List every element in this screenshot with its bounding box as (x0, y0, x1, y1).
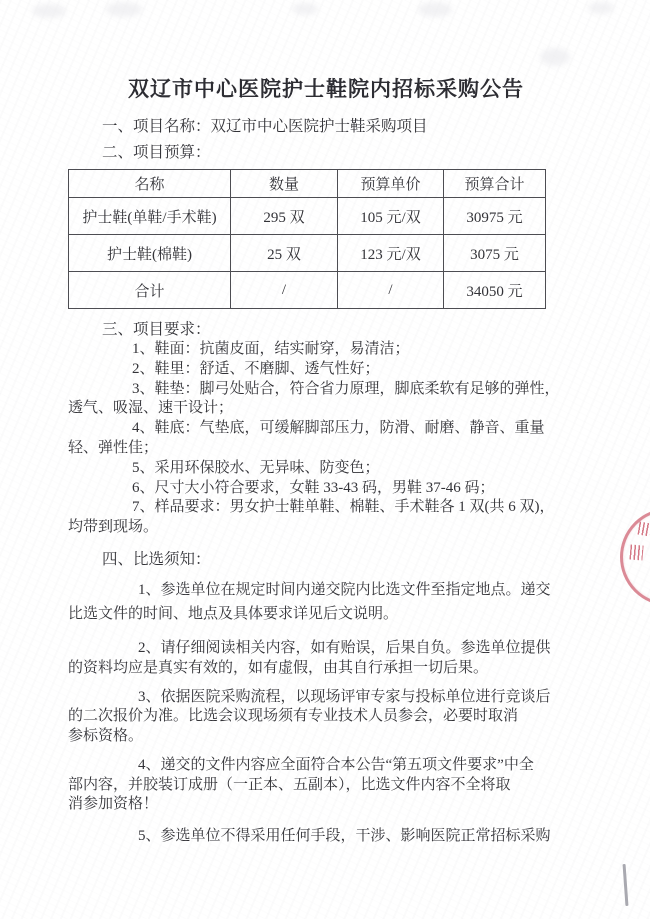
budget-table: 名称 数量 预算单价 预算合计 护士鞋(单鞋/手术鞋) 295 双 105 元/… (68, 169, 546, 309)
table-row: 护士鞋(单鞋/手术鞋) 295 双 105 元/双 30975 元 (69, 198, 546, 235)
notice-item: 1、参选单位在规定时间内递交院内比选文件至指定地点。递交 比选文件的时间、地点及… (68, 578, 584, 626)
notices-list: 1、参选单位在规定时间内递交院内比选文件至指定地点。递交 比选文件的时间、地点及… (68, 578, 584, 846)
requirement-item: 6、尺寸大小符合要求，女鞋 33-43 码，男鞋 37-46 码； (68, 479, 584, 499)
cell-unit-price: 105 元/双 (338, 198, 444, 235)
column-header-total: 预算合计 (444, 170, 546, 198)
section-heading-project-requirements: 三、项目要求： (68, 320, 584, 340)
cell-unit-price: / (338, 272, 444, 309)
requirement-item: 1、鞋面：抗菌皮面，结实耐穿，易清洁； (68, 340, 584, 360)
cell-quantity: 295 双 (231, 198, 338, 235)
document-body: 双辽市中心医院护士鞋院内招标采购公告 一、项目名称：双辽市中心医院护士鞋采购项目… (68, 0, 584, 846)
requirement-item: 7、样品要求：男女护士鞋单鞋、棉鞋、手术鞋各 1 双(共 6 双)， 均带到现场… (68, 498, 584, 538)
cell-total: 30975 元 (444, 198, 546, 235)
scanner-stray-line (623, 864, 629, 906)
cell-total: 34050 元 (444, 272, 546, 309)
section-heading-selection-notes: 四、比选须知： (68, 550, 584, 570)
section-heading-project-name: 一、项目名称：双辽市中心医院护士鞋采购项目 (68, 117, 584, 137)
notice-item: 5、参选单位不得采用任何手段，干涉、影响医院正常招标采购 (68, 826, 584, 846)
requirement-item: 5、采用环保胶水、无异味、防变色； (68, 459, 584, 479)
page-title: 双辽市中心医院护士鞋院内招标采购公告 (68, 76, 584, 102)
requirements-list: 1、鞋面：抗菌皮面，结实耐穿，易清洁； 2、鞋里：舒适、不磨脚、透气性好； 3、… (68, 340, 584, 538)
cell-item-name: 护士鞋(单鞋/手术鞋) (69, 198, 231, 235)
requirement-item: 3、鞋垫：脚弓处贴合，符合省力原理，脚底柔软有足够的弹性， 透气、吸湿、速干设计… (68, 380, 584, 420)
red-seal-text-fragment (629, 544, 643, 560)
notice-item: 2、请仔细阅读相关内容，如有贻误，后果自负。参选单位提供 的资料均应是真实有效的… (68, 638, 584, 678)
scan-smudge (32, 4, 66, 18)
table-row-total: 合计 / / 34050 元 (69, 272, 546, 309)
cell-total: 3075 元 (444, 235, 546, 272)
cell-unit-price: 123 元/双 (338, 235, 444, 272)
section-heading-project-budget: 二、项目预算： (68, 143, 584, 163)
scanned-document-page: { "document": { "title": "双辽市中心医院护士鞋院内招标… (0, 0, 650, 919)
scan-smudge (588, 2, 614, 14)
cell-item-name: 护士鞋(棉鞋) (69, 235, 231, 272)
requirement-item: 4、鞋底：气垫底，可缓解脚部压力，防滑、耐磨、静音、重量 轻、弹性佳； (68, 419, 584, 459)
red-seal-text-fragment (637, 522, 650, 537)
cell-quantity: / (231, 272, 338, 309)
cell-item-name: 合计 (69, 272, 231, 309)
table-header-row: 名称 数量 预算单价 预算合计 (69, 170, 546, 198)
column-header-quantity: 数量 (231, 170, 338, 198)
column-header-name: 名称 (69, 170, 231, 198)
table-row: 护士鞋(棉鞋) 25 双 123 元/双 3075 元 (69, 235, 546, 272)
requirement-item: 2、鞋里：舒适、不磨脚、透气性好； (68, 360, 584, 380)
notice-item: 3、依据医院采购流程，以现场评审专家与投标单位进行竞谈后 的二次报价为准。比选会… (68, 688, 584, 747)
cell-quantity: 25 双 (231, 235, 338, 272)
notice-item: 4、递交的文件内容应全面符合本公告“第五项文件要求”中全 部内容，并胶装订成册（… (68, 756, 584, 815)
column-header-unit-price: 预算单价 (338, 170, 444, 198)
